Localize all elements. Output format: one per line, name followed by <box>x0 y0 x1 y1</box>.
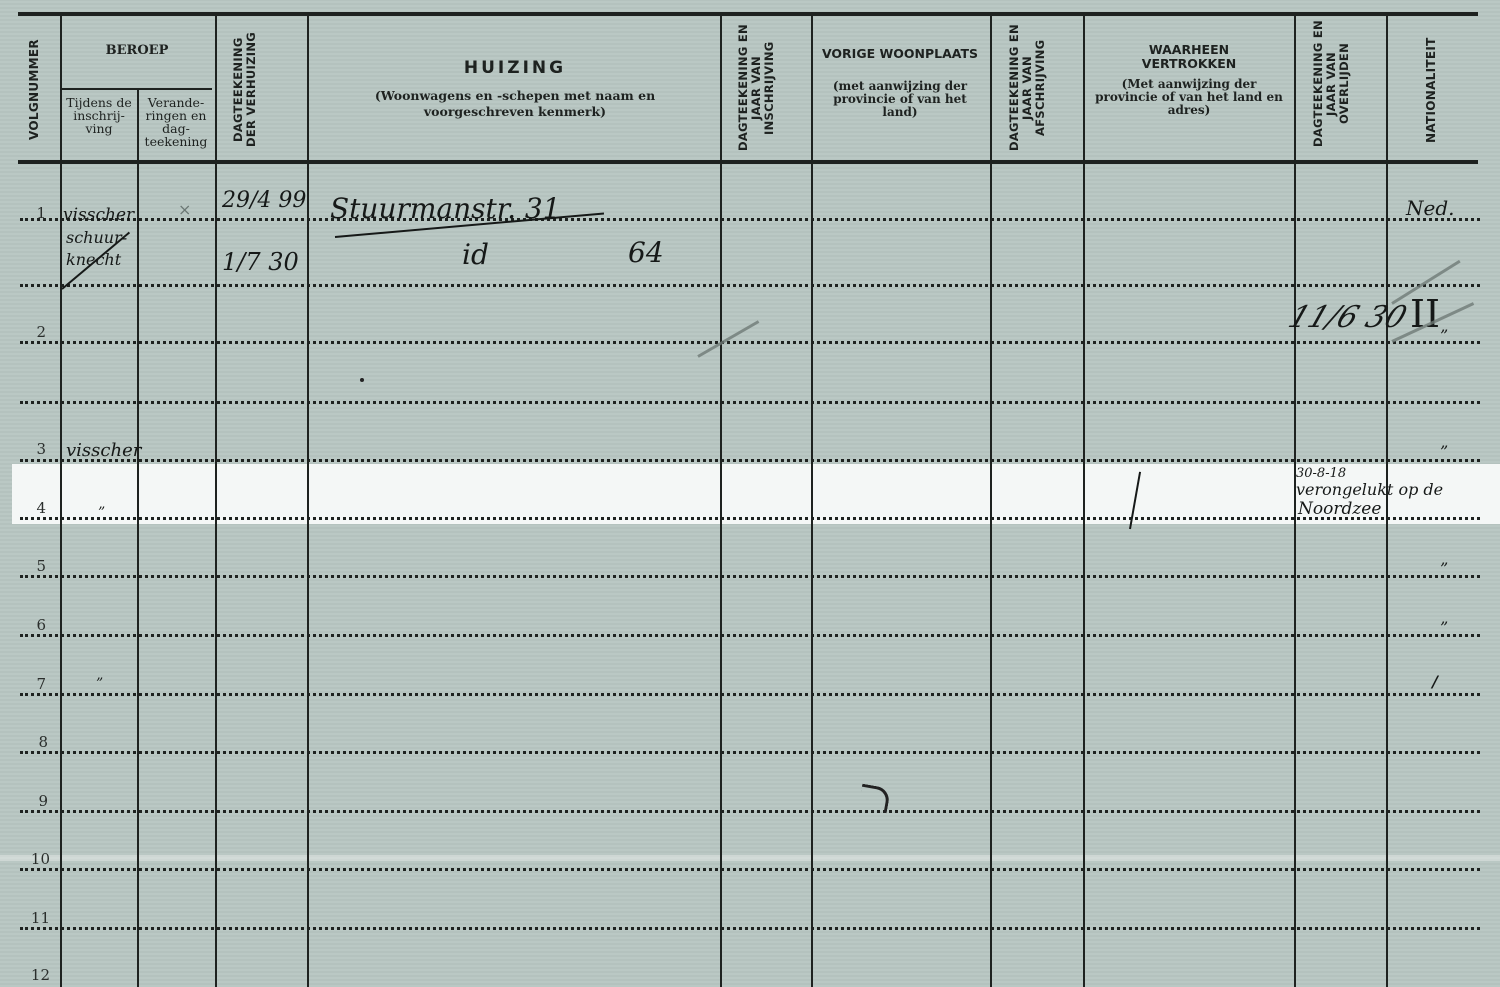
header-dagteekening-verhuizing: DAGTEEKENING DER VERHUIZING <box>232 22 292 157</box>
header-bottom-rule <box>18 160 1478 164</box>
row4-overlijden-date: 30-8-18 <box>1296 466 1346 481</box>
row-4-highlight <box>12 464 1500 524</box>
col-line <box>215 14 217 987</box>
ink-hook-mark <box>858 784 891 814</box>
header-waarheen-vertrokken: WAARHEEN VERTROKKEN <box>1100 43 1278 71</box>
top-rule <box>18 12 1478 16</box>
row-number: 12 <box>20 966 50 984</box>
row7-beroep: ” <box>96 676 103 692</box>
row-line <box>20 575 1480 578</box>
row6-nationaliteit: ” <box>1440 618 1448 637</box>
header-waarheen-sub: (Met aanwijzing der provincie of van het… <box>1090 78 1288 117</box>
row-number: 6 <box>16 616 46 634</box>
row-line <box>20 927 1480 930</box>
header-dagteekening-overlijden: DAGTEEKENING EN JAAR VAN OVERLIJDEN <box>1312 14 1372 154</box>
row-number: 4 <box>16 499 46 517</box>
row-line <box>20 284 1480 287</box>
header-huizing: HUIZING <box>340 58 690 78</box>
row4-overlijden-text-2: Noordzee <box>1298 499 1381 519</box>
row-line <box>20 517 1480 520</box>
row-number: 10 <box>20 850 50 868</box>
row-line <box>20 401 1480 404</box>
header-dagteekening-inschrijving: DAGTEEKENING EN JAAR VAN INSCHRIJVING <box>737 18 795 158</box>
register-card: VOLGNUMMER BEROEP Tijdens de inschrij-vi… <box>0 0 1500 987</box>
row-number: 3 <box>16 440 46 458</box>
header-beroep: BEROEP <box>62 44 212 57</box>
fold-line <box>0 855 1500 861</box>
row-number: 9 <box>18 792 48 810</box>
header-beroep-tijdens: Tijdens de inschrij-ving <box>64 96 134 135</box>
row-number: 8 <box>18 733 48 751</box>
row-line <box>20 341 1480 344</box>
row1-date-2: 1/7 30 <box>222 248 299 276</box>
header-vorige-woonplaats-sub: (met aanwijzing der provincie of van het… <box>822 80 978 119</box>
row4-overlijden-text-1: verongelukt op de <box>1296 480 1443 499</box>
row1-veranderingen-mark: × <box>178 200 191 219</box>
row3-nationaliteit: ” <box>1440 442 1448 461</box>
row1-beroep-line2: schuur- <box>66 228 127 247</box>
row3-beroep: visscher <box>66 440 141 461</box>
row2-nationaliteit-ditto: ” <box>1440 326 1448 345</box>
col-line <box>1083 14 1085 987</box>
row-line <box>20 751 1480 754</box>
row1-address-2-num: 64 <box>628 236 664 269</box>
ink-dot <box>360 378 364 382</box>
row4-beroep: ” <box>98 505 105 521</box>
row7-nationaliteit: / <box>1432 672 1438 691</box>
col-line <box>1294 14 1296 987</box>
row-line <box>20 459 1480 462</box>
col-line <box>1386 14 1388 987</box>
header-nationaliteit: NATIONALITEIT <box>1425 30 1438 150</box>
row1-address-2-id: id <box>462 238 489 271</box>
row-line <box>20 634 1480 637</box>
row-line <box>20 810 1480 813</box>
row-line <box>20 693 1480 696</box>
row-line <box>20 218 1480 221</box>
header-huizing-sub: (Woonwagens en -schepen met naam en voor… <box>355 88 675 120</box>
col-line <box>720 14 722 987</box>
row2-overlijden: 11/6 30 <box>1284 300 1412 335</box>
row1-date-1: 29/4 99 <box>222 188 306 213</box>
row-number: 2 <box>16 323 46 341</box>
row-line <box>20 868 1480 871</box>
row-number: 5 <box>16 557 46 575</box>
row-number: 7 <box>16 675 46 693</box>
row5-nationaliteit: ” <box>1440 559 1448 578</box>
header-volgnummer: VOLGNUMMER <box>28 30 41 150</box>
col-line <box>60 14 62 987</box>
row-number: 11 <box>20 909 50 927</box>
col-line <box>137 89 139 987</box>
col-line <box>811 14 813 987</box>
pencil-mark <box>697 320 759 358</box>
row-number: 1 <box>16 204 46 222</box>
col-line <box>990 14 992 987</box>
header-dagteekening-afschrijving: DAGTEEKENING EN JAAR VAN AFSCHRIJVING <box>1008 18 1068 158</box>
row1-nationaliteit: Ned. <box>1406 196 1455 220</box>
row1-beroep-line1: visscher <box>63 205 134 225</box>
col-line <box>307 14 309 987</box>
header-beroep-veranderingen: Verande-ringen en dag-teekening <box>139 96 213 148</box>
header-vorige-woonplaats: VORIGE WOONPLAATS <box>820 47 980 61</box>
